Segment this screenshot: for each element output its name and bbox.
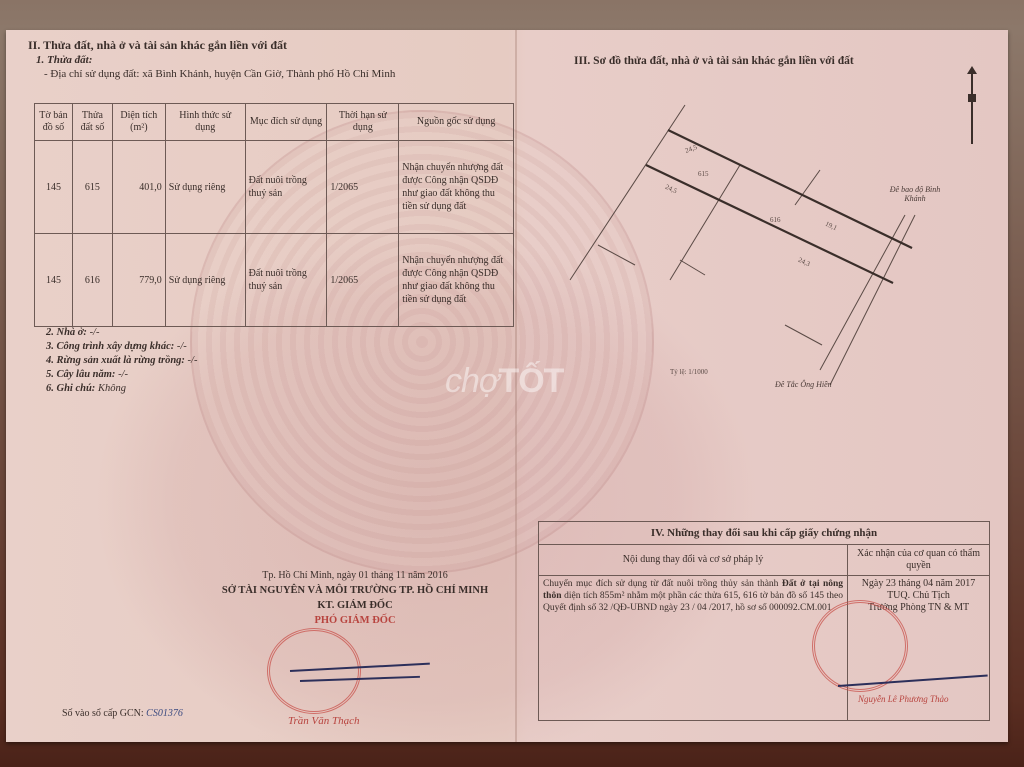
- other-assets-list: 2. Nhà ở: -/- 3. Công trình xây dựng khá…: [46, 326, 197, 396]
- header-usage-term: Thời hạn sử dụng: [327, 104, 399, 141]
- header-usage-form: Hình thức sử dụng: [165, 104, 245, 141]
- parcel-map: [560, 95, 930, 405]
- cell-map-sheet: 145: [35, 234, 73, 327]
- address-value: xã Bình Khánh, huyện Cần Giờ, Thành phố …: [142, 68, 395, 80]
- item-perennial-trees: 5. Cây lâu năm: -/-: [46, 368, 197, 382]
- header-area: Diện tích (m²): [112, 104, 165, 141]
- north-arrow-icon: [971, 72, 973, 144]
- cell-area: 401,0: [112, 141, 165, 234]
- confirm-authority: TUQ. Chủ Tịch: [852, 590, 985, 602]
- parcel-label-615: 615: [698, 170, 709, 178]
- map-scale: Tỷ lệ: 1/1000: [670, 368, 708, 376]
- place-date: Tp. Hồ Chí Minh, ngày 01 tháng 11 năm 20…: [190, 568, 520, 583]
- issuing-organization: SỞ TÀI NGUYÊN VÀ MÔI TRƯỜNG TP. HỒ CHÍ M…: [190, 583, 520, 598]
- cell-usage-purpose: Đất nuôi trồng thuỷ sản: [245, 234, 327, 327]
- changes-table: IV. Những thay đổi sau khi cấp giấy chứn…: [538, 521, 990, 721]
- gcn-value: CS01376: [146, 708, 183, 719]
- cell-map-sheet: 145: [35, 141, 73, 234]
- cell-usage-origin: Nhận chuyển nhượng đất được Công nhận QS…: [399, 141, 514, 234]
- issuer-signature-block: Tp. Hồ Chí Minh, ngày 01 tháng 11 năm 20…: [190, 568, 520, 628]
- signer-title: KT. GIÁM ĐỐC: [190, 598, 520, 613]
- cell-usage-purpose: Đất nuôi trồng thuỷ sản: [245, 141, 327, 234]
- header-usage-purpose: Mục đích sử dụng: [245, 104, 327, 141]
- cell-usage-form: Sử dụng riêng: [165, 141, 245, 234]
- confirm-date: Ngày 23 tháng 04 năm 2017: [852, 578, 985, 590]
- gcn-label: Số vào sổ cấp GCN:: [62, 708, 144, 719]
- section-iv-title: IV. Những thay đổi sau khi cấp giấy chứn…: [539, 522, 990, 545]
- cell-usage-origin: Nhận chuyển nhượng đất được Công nhận QS…: [399, 234, 514, 327]
- road-label-top: Đê bao độ Bình Khánh: [880, 185, 950, 203]
- confirm-signer-name: Nguyễn Lê Phương Thảo: [858, 694, 948, 704]
- cell-area: 779,0: [112, 234, 165, 327]
- header-change-content: Nội dung thay đổi và cơ sở pháp lý: [539, 545, 848, 576]
- chotot-watermark: chợTỐT: [445, 362, 563, 401]
- road-label-bottom: Đê Tắc Ông Hiền: [775, 380, 832, 389]
- item-house: 2. Nhà ở: -/-: [46, 326, 197, 340]
- cell-parcel-no: 616: [72, 234, 112, 327]
- header-usage-origin: Nguồn gốc sử dụng: [399, 104, 514, 141]
- cell-usage-term: 1/2065: [327, 234, 399, 327]
- official-stamp-right: [812, 600, 908, 692]
- land-address: - Địa chỉ sử dụng đất: xã Bình Khánh, hu…: [44, 68, 395, 80]
- parcel-label-616: 616: [770, 216, 781, 224]
- gcn-registration: Số vào sổ cấp GCN: CS01376: [62, 708, 183, 719]
- item-production-forest: 4. Rừng sản xuất là rừng trồng: -/-: [46, 354, 197, 368]
- address-label: - Địa chỉ sử dụng đất:: [44, 68, 139, 80]
- section-iii-title: III. Sơ đồ thửa đất, nhà ở và tài sản kh…: [574, 55, 854, 67]
- issuer-name: Trần Văn Thạch: [288, 715, 360, 727]
- section-ii-title: II. Thửa đất, nhà ở và tài sản khác gắn …: [28, 38, 287, 53]
- cell-usage-term: 1/2065: [327, 141, 399, 234]
- change-content: Chuyển mục đích sử dụng từ đất nuôi trồn…: [539, 576, 848, 721]
- header-map-sheet: Tờ bản đồ số: [35, 104, 73, 141]
- cell-usage-form: Sử dụng riêng: [165, 234, 245, 327]
- parcel-subtitle: 1. Thửa đất:: [36, 54, 92, 66]
- cell-parcel-no: 615: [72, 141, 112, 234]
- deputy-title: PHÓ GIÁM ĐỐC: [190, 613, 520, 628]
- item-notes: 6. Ghi chú: Không: [46, 382, 197, 396]
- header-authority-confirmation: Xác nhận của cơ quan có thẩm quyền: [848, 545, 990, 576]
- header-parcel-no: Thửa đất số: [72, 104, 112, 141]
- table-row: 145 616 779,0 Sử dụng riêng Đất nuôi trồ…: [35, 234, 514, 327]
- table-row: 145 615 401,0 Sử dụng riêng Đất nuôi trồ…: [35, 141, 514, 234]
- item-other-construction: 3. Công trình xây dựng khác: -/-: [46, 340, 197, 354]
- parcel-table: Tờ bản đồ số Thửa đất số Diện tích (m²) …: [34, 103, 514, 327]
- table-header-row: Tờ bản đồ số Thửa đất số Diện tích (m²) …: [35, 104, 514, 141]
- official-stamp-left: [267, 628, 361, 714]
